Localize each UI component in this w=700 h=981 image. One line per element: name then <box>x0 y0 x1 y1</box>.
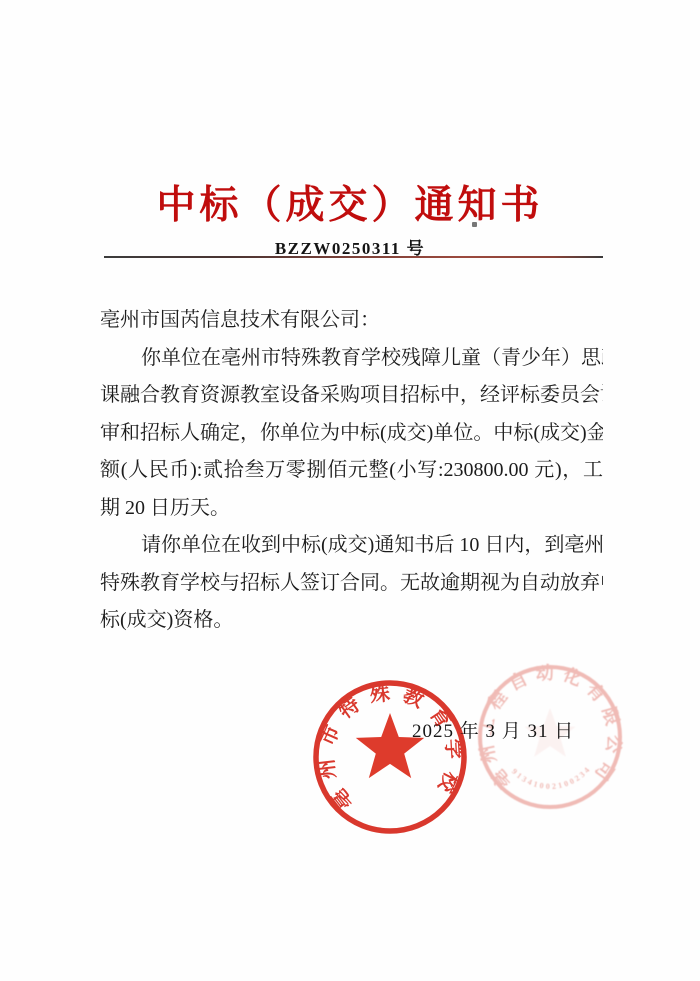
body-line: 额(人民币):贰拾叁万零捌佰元整(小写:230800.00 元)，工 <box>100 452 603 490</box>
seal-text: 亳州市特殊教育学校 <box>314 680 467 815</box>
body-line: 课融合教育资源教室设备采购项目招标中，经评标委员会评 <box>100 377 603 415</box>
body-line: 特殊教育学校与招标人签订合同。无故逾期视为自动放弃中 <box>100 565 603 603</box>
addressee-line: 亳州市国芮信息技术有限公司： <box>100 302 603 340</box>
official-seal-school: 亳州市特殊教育学校 <box>310 677 470 837</box>
svg-text:91341002100234: 91341002100234 <box>510 764 593 791</box>
seal-ring <box>316 683 464 831</box>
ink-speck <box>472 222 477 227</box>
body-line: 审和招标人确定，你单位为中标(成交)单位。中标(成交)金 <box>100 415 603 453</box>
seal-code: 91341002100234 <box>510 764 593 791</box>
notice-document-page: 中标（成交）通知书 BZZW0250311 号 亳州市国芮信息技术有限公司： 你… <box>0 0 700 981</box>
svg-text:亳州市特殊教育学校: 亳州市特殊教育学校 <box>314 680 467 815</box>
body-line: 你单位在亳州市特殊教育学校残障儿童（青少年）思政 <box>100 340 603 378</box>
notice-body: 亳州市国芮信息技术有限公司： 你单位在亳州市特殊教育学校残障儿童（青少年）思政 … <box>100 302 603 640</box>
page-title: 中标（成交）通知书 <box>0 174 700 230</box>
body-line: 标(成交)资格。 <box>100 602 603 640</box>
body-line: 请你单位在收到中标(成交)通知书后 10 日内，到亳州市 <box>100 527 603 565</box>
header-divider <box>104 256 603 258</box>
body-line: 期 20 日历天。 <box>100 490 603 528</box>
issue-date: 2025 年 3 月 31 日 <box>412 716 574 743</box>
